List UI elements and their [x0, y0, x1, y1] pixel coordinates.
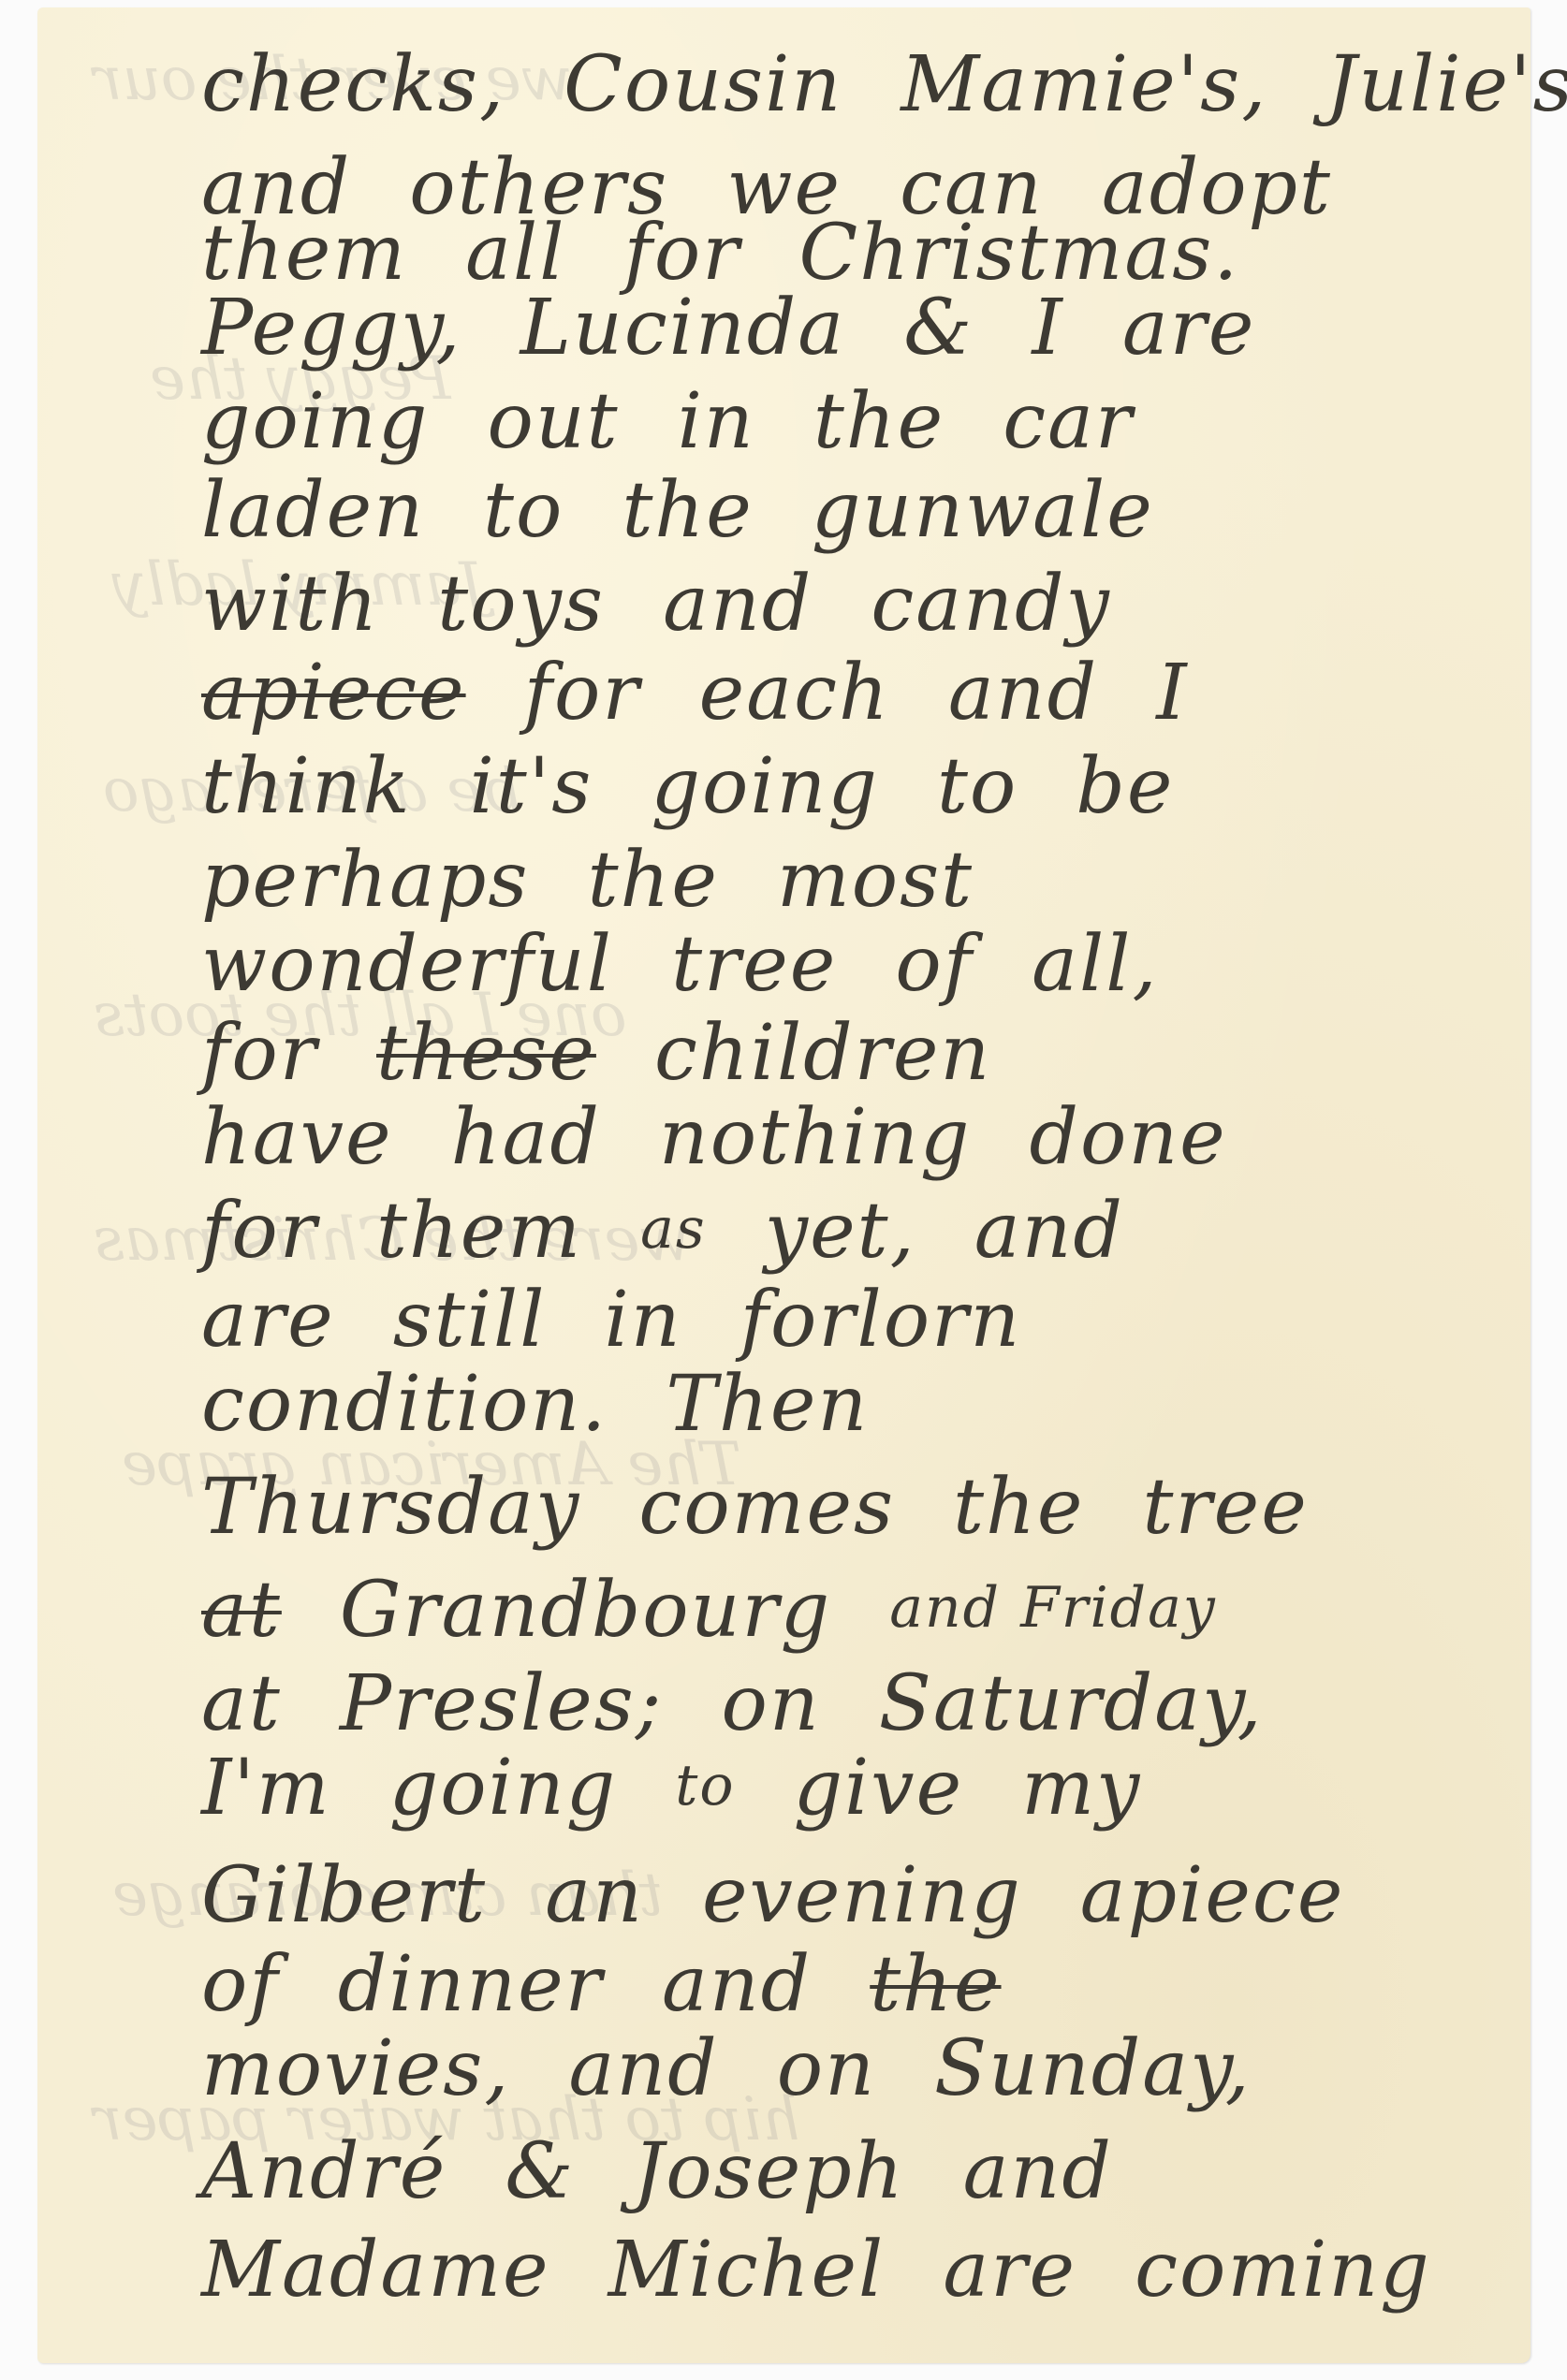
word: gunwale	[812, 473, 1154, 549]
word: in	[605, 1282, 682, 1359]
word: for	[524, 655, 641, 732]
word: of	[895, 927, 974, 1003]
word: children	[654, 1015, 991, 1092]
word: Mamie's,	[901, 47, 1267, 124]
letter-line-25: Madame Michel are coming	[201, 2232, 1463, 2309]
word: at	[201, 1666, 282, 1743]
word: are	[943, 2232, 1076, 2309]
word: &	[903, 290, 974, 367]
word: all,	[1032, 927, 1158, 1003]
word: to	[937, 749, 1018, 825]
word: for	[624, 215, 741, 292]
word: Joseph	[633, 2134, 904, 2211]
word: and	[568, 2031, 718, 2108]
word: I'm	[201, 1750, 331, 1827]
word: car	[1003, 384, 1134, 460]
word: condition.	[201, 1366, 608, 1443]
word: going	[201, 384, 429, 460]
word: Michel	[608, 2232, 886, 2309]
letter-line-1: checks, Cousin Mamie's, Julie's	[201, 47, 1567, 124]
word: each	[699, 655, 890, 732]
word: out	[487, 384, 619, 460]
word: be	[1076, 749, 1174, 825]
letter-line-24: André & Joseph and	[201, 2134, 1145, 2211]
word: in	[678, 384, 755, 460]
word: going	[651, 749, 878, 825]
word: perhaps	[201, 842, 530, 919]
word: Christmas.	[799, 215, 1240, 292]
word: coming	[1135, 2232, 1431, 2309]
word: as	[640, 1201, 707, 1257]
word: wonderful	[201, 927, 613, 1003]
letter-line-15: are still in forlorn	[201, 1282, 1053, 1359]
letter-line-17: Thursday comes the tree	[201, 1469, 1340, 1546]
struck-word: these	[376, 1015, 596, 1092]
word: on	[777, 2031, 876, 2108]
word: still	[393, 1282, 547, 1359]
word: I	[1156, 655, 1188, 732]
word: with	[201, 566, 379, 643]
word: Then	[666, 1366, 869, 1443]
word: all	[465, 215, 565, 292]
word: the	[813, 384, 945, 460]
word: think	[201, 749, 412, 825]
word: for	[201, 1015, 318, 1092]
letter-line-13: have had nothing done	[201, 1100, 1259, 1176]
word: are	[201, 1282, 335, 1359]
letter-line-11: wonderful tree of all,	[201, 927, 1191, 1003]
word: the	[953, 1469, 1084, 1546]
word: the	[622, 473, 753, 549]
word: and	[963, 2134, 1113, 2211]
letter-line-19: at Presles; on Saturday,	[201, 1666, 1296, 1743]
word: my	[1021, 1750, 1141, 1827]
word: forlorn	[740, 1282, 1022, 1359]
word: Julie's	[1325, 47, 1567, 124]
struck-word: apiece	[201, 655, 466, 732]
letter-line-7: with toys and candy	[201, 566, 1143, 643]
letter-line-22: of dinner and the	[201, 1947, 1033, 2023]
letter-line-14: for them as yet, and	[201, 1193, 1156, 1270]
word: an	[545, 1858, 644, 1935]
word: &	[505, 2134, 575, 2211]
letter-line-21: Gilbert an evening apiece	[201, 1858, 1376, 1935]
word: Thursday	[201, 1469, 580, 1546]
word: to	[483, 473, 564, 549]
word: evening	[702, 1858, 1022, 1935]
word: give	[794, 1750, 964, 1827]
word: Peggy,	[201, 290, 462, 367]
word: candy	[871, 566, 1110, 643]
letter-line-20: I'm going to give my	[201, 1750, 1173, 1827]
word: and	[948, 655, 1098, 732]
letter-line-9: think it's going to be	[201, 749, 1206, 825]
word: Grandbourg	[340, 1572, 831, 1649]
word: are	[1122, 290, 1256, 367]
word: checks,	[201, 47, 505, 124]
letter-line-4: Peggy, Lucinda & I are	[201, 290, 1287, 367]
word: yet,	[765, 1193, 916, 1270]
letter-line-8: apiece for each and I	[201, 655, 1221, 732]
word: it's	[470, 749, 593, 825]
word: most	[777, 842, 974, 919]
letter-line-10: perhaps the most	[201, 842, 1005, 919]
word: laden	[201, 473, 425, 549]
word: and	[974, 1193, 1124, 1270]
word: the	[588, 842, 719, 919]
word: Madame	[201, 2232, 550, 2309]
word: and Friday	[889, 1580, 1216, 1636]
word: them	[376, 1193, 582, 1270]
word: I	[1032, 290, 1063, 367]
letter-line-12: for these children	[201, 1015, 1023, 1092]
word: tree	[671, 927, 837, 1003]
letter-line-18: at Grandbourg and Friday	[201, 1572, 1249, 1649]
word: Gilbert	[201, 1858, 487, 1935]
word: going	[389, 1750, 617, 1827]
word: apiece	[1080, 1858, 1345, 1935]
struck-word: the	[870, 1947, 1001, 2023]
word: them	[201, 215, 407, 292]
letter-line-3: them all for Christmas.	[201, 215, 1271, 292]
letter-line-23: movies, and on Sunday,	[201, 2031, 1283, 2108]
word: to	[675, 1758, 735, 1814]
word: of	[201, 1947, 280, 2023]
word: comes	[638, 1469, 895, 1546]
word: Lucinda	[520, 290, 846, 367]
word: Saturday,	[879, 1666, 1264, 1743]
struck-word: at	[201, 1572, 282, 1649]
word: nothing	[659, 1100, 971, 1176]
word: have	[201, 1100, 393, 1176]
word: Presles;	[340, 1666, 663, 1743]
word: Cousin	[564, 47, 842, 124]
word: movies,	[201, 2031, 510, 2108]
letter-line-16: condition. Then	[201, 1366, 901, 1443]
word: on	[721, 1666, 820, 1743]
word: for	[201, 1193, 318, 1270]
letter-line-6: laden to the gunwale	[201, 473, 1186, 549]
word: tree	[1143, 1469, 1309, 1546]
word: André	[201, 2134, 447, 2211]
word: toys	[437, 566, 605, 643]
word: had	[451, 1100, 601, 1176]
letter-line-5: going out in the car	[201, 384, 1165, 460]
word: Sunday,	[934, 2031, 1252, 2108]
word: done	[1029, 1100, 1226, 1176]
word: dinner	[338, 1947, 604, 2023]
word: and	[662, 1947, 812, 2023]
word: and	[663, 566, 813, 643]
